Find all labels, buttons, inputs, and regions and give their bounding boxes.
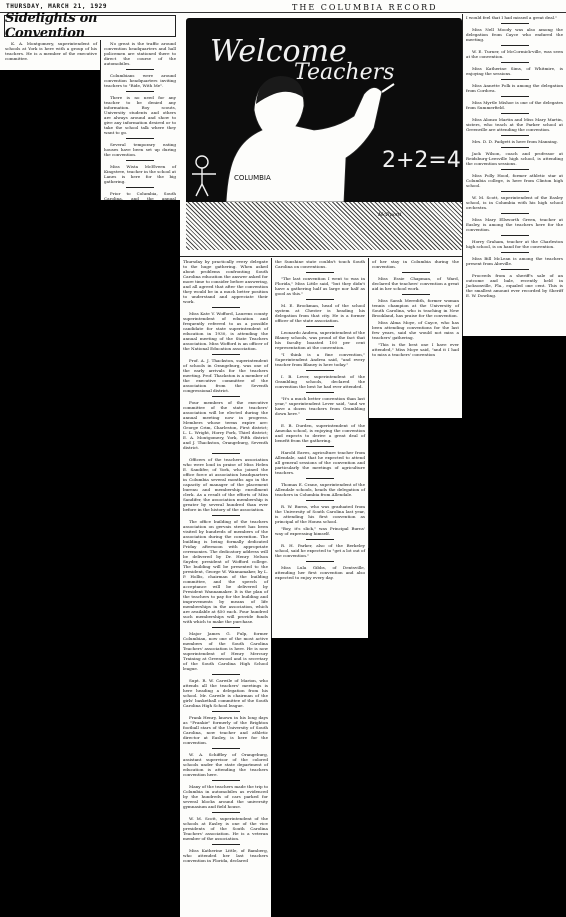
- paragraph: "It's a much better convention than last…: [275, 396, 365, 416]
- separator: [212, 307, 240, 308]
- paragraph: "Boy, it's slick," was Principal Burns' …: [275, 526, 365, 536]
- separator: [126, 138, 154, 139]
- paragraph: Thomas E. Crane, superintendent of the A…: [275, 482, 365, 497]
- paragraph: Proceeds from a sheriff's sale of an out…: [466, 273, 563, 298]
- separator: [501, 62, 529, 63]
- separator: [306, 392, 334, 393]
- paragraph: Miss Kate V. Wofford, Laurens county sup…: [183, 311, 268, 351]
- paragraph: Officers of the teachers association who…: [183, 457, 268, 512]
- paragraph: Miss Nell Moody was also among the deleg…: [466, 27, 563, 42]
- separator: [306, 561, 334, 562]
- paragraph: W. E. Turner, of McCormick-ville, was se…: [466, 49, 563, 59]
- paragraph: Miss Alonzo Martin and Miss Mary Martin,…: [466, 117, 563, 132]
- paragraph: Several temporary eating houses have bee…: [104, 142, 176, 157]
- paragraph: "I think is a fine convention," Superint…: [275, 352, 365, 367]
- separator: [212, 844, 240, 845]
- sidelights-column-2: No great is the traffic around conventio…: [101, 40, 179, 200]
- paragraph: Major James G. Fulp, former Columbian, n…: [183, 631, 268, 671]
- sidelights-column-1: K. A. Montgomery, superintendent of scho…: [2, 40, 100, 70]
- paragraph: Miss Lula Gibbs, of Dentsville, attendin…: [275, 565, 365, 580]
- shirt-label: COLUMBIA: [234, 174, 271, 182]
- separator: [212, 627, 240, 628]
- paragraph: R. W. Burns, who was graduated from the …: [275, 504, 365, 524]
- paragraph: of her stay in Columbia during the conve…: [372, 259, 459, 269]
- paragraph: "The last convention I went to was in Fl…: [275, 276, 365, 296]
- paragraph: Miss Katherine Little, of Bamberg, who a…: [183, 848, 268, 863]
- separator: [306, 326, 334, 327]
- sidelights-heading-box: Sidelights on Convention: [4, 15, 176, 37]
- paragraph: Miss Wista McElveen of Kingstree, teache…: [104, 164, 176, 184]
- separator: [402, 272, 430, 273]
- paragraph: Harold Eaves, agriculture teacher from A…: [275, 450, 365, 475]
- paragraph: Prof. A. J. Thackston, superintendent of…: [183, 358, 268, 393]
- paragraph: M. E. Brockman, head of the school syste…: [275, 303, 365, 323]
- separator: [501, 213, 529, 214]
- separator: [501, 235, 529, 236]
- chalk-equation: 2+2=4: [382, 148, 461, 173]
- separator: [212, 674, 240, 675]
- paragraph: Four members of the executive committee …: [183, 400, 268, 450]
- separator: [501, 45, 529, 46]
- separator: [402, 294, 430, 295]
- paragraph: Miss Alma Moye, of Cayce, who has been a…: [372, 320, 459, 340]
- separator: [306, 370, 334, 371]
- story-rule: [180, 256, 462, 257]
- separator: [501, 169, 529, 170]
- paragraph: I. B. Lever, superintendent of the Gramb…: [275, 374, 365, 389]
- separator: [126, 187, 154, 188]
- separator: [212, 711, 240, 712]
- paragraph: E. B. Durden, superintendent of the Ameo…: [275, 423, 365, 443]
- paragraph: Jack Wilson, coach and professor at Reid…: [466, 151, 563, 166]
- separator: [306, 539, 334, 540]
- paragraph: I would feel that I had missed a great d…: [466, 15, 563, 20]
- right-column: I would feel that I had missed a great d…: [463, 14, 566, 336]
- paragraph: Horry Graham, teacher at the Charleston …: [466, 239, 563, 249]
- separator: [501, 191, 529, 192]
- separator: [212, 354, 240, 355]
- separator: [126, 160, 154, 161]
- separator: [212, 453, 240, 454]
- separator: [212, 515, 240, 516]
- separator: [501, 252, 529, 253]
- separator: [306, 500, 334, 501]
- paragraph: Columbians were around convention headqu…: [104, 73, 176, 88]
- paragraph: No great is the traffic around conventio…: [104, 41, 176, 66]
- lower-column-2: the Sunshine state couldn't touch South …: [272, 258, 368, 638]
- paragraph: "This is the best one I have ever attend…: [372, 342, 459, 357]
- separator: [212, 748, 240, 749]
- separator: [501, 135, 529, 136]
- separator: [212, 780, 240, 781]
- paragraph: Prior to Columbia, South Carolina, and t…: [104, 191, 176, 200]
- paragraph: Miss Polly Hood, former athletic star at…: [466, 173, 563, 188]
- lower-column-1: Thursday by practically every delegate t…: [180, 258, 271, 917]
- paragraph: W. M. Scott, superintendent of the Easle…: [466, 195, 563, 210]
- separator: [501, 96, 529, 97]
- newspaper-title: THE COLUMBIA RECORD: [292, 3, 438, 12]
- separator: [501, 113, 529, 114]
- paragraph: R. H. Parker, also of the Berkeley schoo…: [275, 543, 365, 558]
- paragraph: Miss Mary Ellsworth Green, teacher at Ea…: [466, 217, 563, 232]
- paragraph: Mrs. D. D. Padgett is here from Manning.: [466, 139, 563, 144]
- separator: [306, 419, 334, 420]
- separator: [212, 812, 240, 813]
- paragraph: Many of the teachers made the trip to Co…: [183, 784, 268, 809]
- separator: [212, 396, 240, 397]
- paragraph: Thursday by practically every delegate t…: [183, 259, 268, 304]
- paragraph: W. M. Scott, superintendent of the schoo…: [183, 816, 268, 841]
- issue-date: THURSDAY, MARCH 21, 1929: [6, 3, 107, 10]
- stick-figure-icon: [192, 156, 216, 196]
- separator: [306, 478, 334, 479]
- headline-teachers: Teachers: [294, 60, 394, 85]
- paragraph: Miss Annette Polk is among the delegatio…: [466, 83, 563, 93]
- separator: [126, 69, 154, 70]
- lower-column-3: of her stay in Columbia during the conve…: [369, 258, 462, 418]
- separator: [501, 23, 529, 24]
- chalkboard: Welcome Teachers 2+2=4 COLUMBIA: [186, 18, 462, 202]
- paragraph: K. A. Montgomery, superintendent of scho…: [5, 41, 97, 61]
- separator: [306, 299, 334, 300]
- sidelights-heading: Sidelights on Convention: [5, 11, 175, 41]
- paragraph: Frank Henry, known in his long days as "…: [183, 715, 268, 745]
- paragraph: The office building of the teachers asso…: [183, 519, 268, 624]
- paragraph: Miss Essie Chapman, of Ward, declared th…: [372, 276, 459, 291]
- paragraph: There is no need for any teacher to be d…: [104, 95, 176, 135]
- paragraph: W. A. Schiffley of Orangeburg, assistant…: [183, 752, 268, 777]
- paragraph: Miss Katherine Sims, of Whitmire, is enj…: [466, 66, 563, 76]
- paragraph: Miss Myrtle Mishoe is one of the delegat…: [466, 100, 563, 110]
- paragraph: the Sunshine state couldn't touch South …: [275, 259, 365, 269]
- paragraph: Supt. R. W. Carwile of Marion, who atten…: [183, 678, 268, 708]
- separator: [501, 79, 529, 80]
- artist-signature: McRpord: [378, 212, 402, 218]
- separator: [126, 91, 154, 92]
- paragraph: Miss Sarah Meredith, former woman tennis…: [372, 298, 459, 318]
- paragraph: Miss Bill McLean is among the teachers p…: [466, 256, 563, 266]
- separator: [306, 446, 334, 447]
- separator: [306, 272, 334, 273]
- paragraph: Leonardo Andrea, superintendent of the B…: [275, 330, 365, 350]
- separator: [501, 269, 529, 270]
- chalk-ledge-shading: [186, 202, 462, 250]
- separator: [501, 147, 529, 148]
